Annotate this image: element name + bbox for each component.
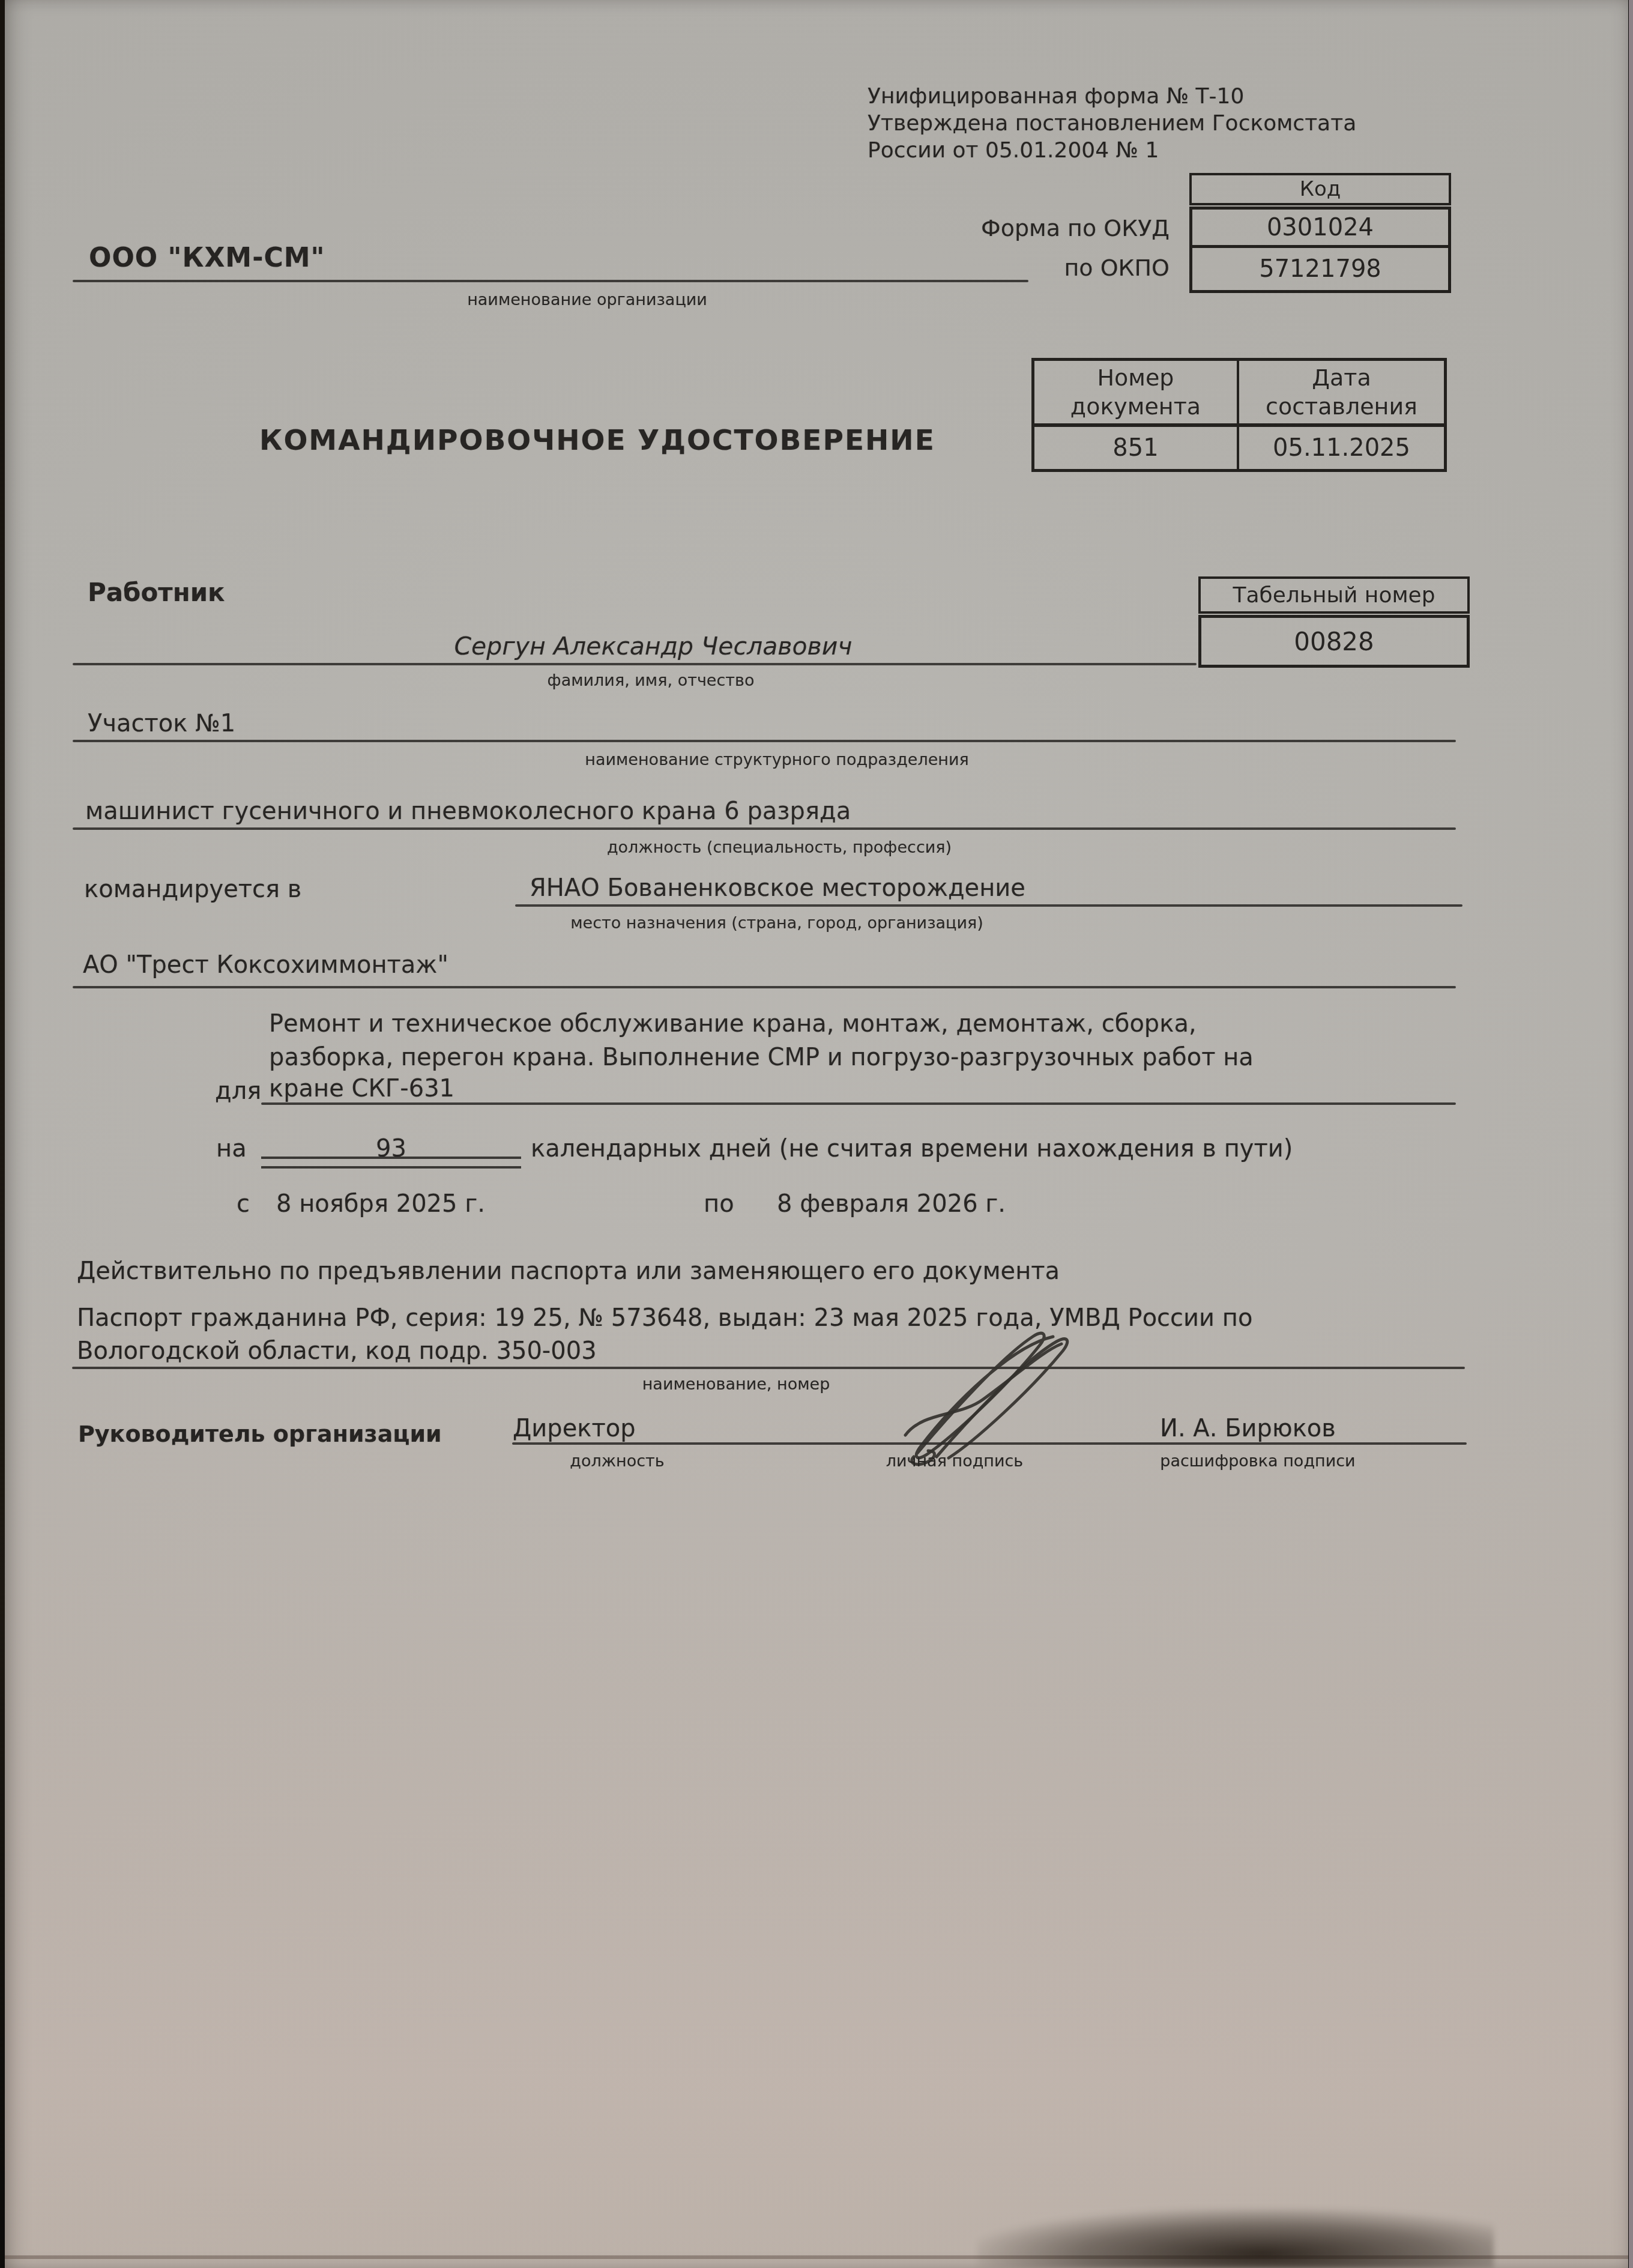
doc-date-value: 05.11.2025 (1239, 427, 1444, 469)
okud-value: 0301024 (1192, 210, 1448, 248)
date-from-value: 8 ноября 2025 г. (276, 1190, 485, 1218)
duration-label: на (216, 1135, 247, 1163)
position-underline (73, 827, 1456, 830)
passport-underline (72, 1367, 1465, 1369)
head-position-caption: должность (437, 1452, 797, 1471)
doc-info-table: Номер документа Дата составления 851 05.… (1031, 358, 1447, 472)
okud-label: Форма по ОКУД (815, 215, 1170, 241)
head-of-organization-label: Руководитель организации (78, 1421, 442, 1447)
form-note-line1: Унифицированная форма № Т-10 (868, 83, 1356, 110)
personnel-number-header: Табельный номер (1201, 579, 1467, 611)
purpose-label: для (215, 1077, 261, 1105)
personnel-number-value: 00828 (1201, 618, 1467, 665)
photo-right-edge (1629, 0, 1633, 2268)
code-table-header-box: Код (1189, 173, 1451, 205)
head-position-value: Директор (513, 1415, 636, 1442)
position-caption: должность (специальность, профессия) (479, 838, 1079, 857)
date-to-label: по (704, 1190, 734, 1218)
personnel-number-value-box: 00828 (1198, 615, 1470, 668)
doc-date-header: Дата составления (1239, 361, 1444, 423)
purpose-line3: кране СКГ-631 (269, 1075, 454, 1102)
purpose-line1: Ремонт и техническое обслуживание крана,… (269, 1010, 1197, 1038)
paper-sheet: Унифицированная форма № Т-10 Утверждена … (5, 0, 1628, 2268)
personnel-number-header-box: Табельный номер (1198, 576, 1470, 614)
employee-full-name: Сергун Александр Чеславович (413, 632, 893, 661)
passport-line2: Вологодской области, код подр. 350-003 (77, 1337, 597, 1365)
handwritten-signature (881, 1279, 1109, 1477)
organization-caption: наименование организации (389, 291, 785, 309)
okpo-value: 57121798 (1192, 248, 1448, 290)
purpose-line2: разборка, перегон крана. Выполнение СМР … (269, 1044, 1254, 1071)
duration-days-underline (261, 1157, 521, 1169)
duration-suffix: календарных дней (не считая времени нахо… (531, 1135, 1293, 1163)
form-note: Унифицированная форма № Т-10 Утверждена … (868, 83, 1356, 164)
purpose-underline (261, 1102, 1456, 1105)
okpo-label: по ОКПО (815, 255, 1170, 281)
photographed-document: Унифицированная форма № Т-10 Утверждена … (0, 0, 1633, 2268)
code-table-values-box: 0301024 57121798 (1189, 207, 1451, 293)
signature-decryption-caption: расшифровка подписи (1078, 1452, 1438, 1471)
destination-value: ЯНАО Бованенковское месторождение (530, 874, 1025, 902)
employee-name-caption: фамилия, имя, отчество (423, 671, 879, 690)
destination-underline (515, 904, 1462, 907)
employee-name-underline (73, 663, 1197, 665)
date-to-value: 8 февраля 2026 г. (777, 1190, 1006, 1218)
position-value: машинист гусеничного и пневмоколесного к… (85, 797, 851, 825)
department-caption: наименование структурного подразделения (477, 751, 1077, 769)
organization-underline (73, 280, 1028, 282)
destination-caption: место назначения (страна, город, организ… (477, 914, 1077, 933)
background-object-shadow (977, 2209, 1494, 2268)
head-name-value: И. А. Бирюков (1160, 1415, 1336, 1442)
destination-organization-underline (73, 986, 1456, 988)
organization-name: ООО "КХМ-СМ" (89, 243, 325, 273)
form-note-line3: России от 05.01.2004 № 1 (868, 137, 1356, 164)
department-underline (73, 740, 1456, 742)
destination-label: командируется в (84, 875, 301, 903)
code-table-header: Код (1192, 175, 1449, 203)
photo-left-edge (0, 0, 5, 2268)
doc-number-header: Номер документа (1034, 361, 1239, 423)
date-from-label: с (237, 1190, 250, 1218)
doc-info-header-row: Номер документа Дата составления (1034, 361, 1444, 423)
form-note-line2: Утверждена постановлением Госкомстата (868, 110, 1356, 137)
employee-label: Работник (88, 578, 225, 607)
signature-row-underline (512, 1442, 1467, 1445)
doc-info-value-row: 851 05.11.2025 (1034, 423, 1444, 469)
doc-number-value: 851 (1034, 427, 1239, 469)
document-title: КОМАНДИРОВОЧНОЕ УДОСТОВЕРЕНИЕ (259, 424, 935, 457)
destination-organization: АО "Трест Коксохиммонтаж" (83, 951, 448, 979)
department-value: Участок №1 (88, 710, 235, 737)
